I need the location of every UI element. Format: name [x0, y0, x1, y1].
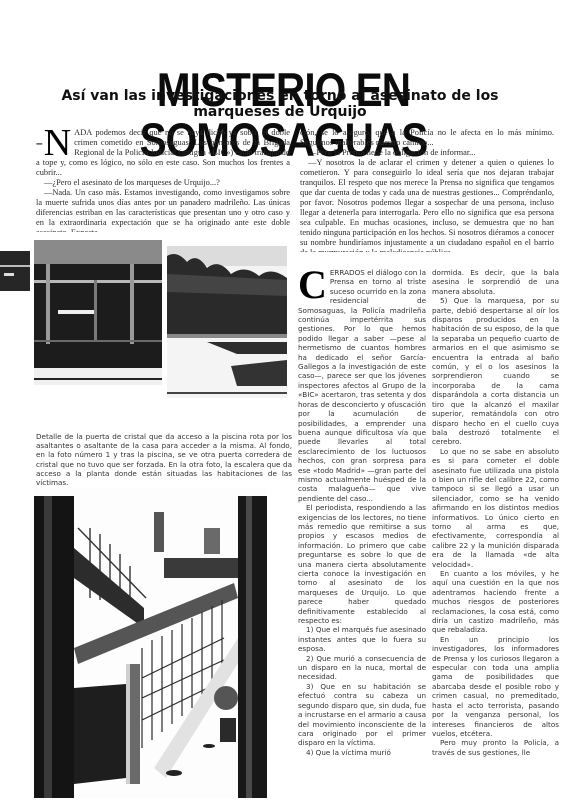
lede-dropcap: N — [44, 128, 71, 158]
photo-fragment-left — [0, 243, 30, 298]
lede-dash: – — [36, 128, 43, 158]
body-paragraph: 3) Que en su habitación se efectuó contr… — [298, 682, 426, 748]
lede-paragraph: —Nada. Un caso más. Estamos investigando… — [36, 188, 290, 232]
photo-glass-door — [34, 240, 162, 385]
lede-paragraph: —Y nosotros la de aclarar el crimen y de… — [300, 158, 554, 252]
lede-paragraph: —Pero la Prensa tiene la obligación de i… — [300, 148, 554, 158]
lede-paragraph: —¿Pero el asesinato de los marqueses de … — [36, 178, 290, 188]
body-paragraph: 2) Que murió a consecuencia de un dispar… — [298, 654, 426, 682]
lede-paragraph: ADA podemos decir que no se haya dicho y… — [36, 128, 290, 178]
body-paragraph: 1) Que el marqués fue asesinado instante… — [298, 625, 426, 653]
body-paragraph: Pero muy pronto la Policía, a través de … — [432, 738, 559, 757]
body-paragraph: dormida. Es decir, que la bala asesina l… — [432, 268, 559, 296]
lede-column-left: – N ADA podemos decir que no se haya dic… — [36, 128, 290, 232]
photo-garden-pool — [167, 246, 287, 398]
body-column-2: dormida. Es decir, que la bala asesina l… — [432, 268, 559, 798]
body-paragraph: 4) Que la víctima murió — [298, 748, 426, 757]
photo-staircase — [34, 488, 267, 798]
caption-text: Detalle de la puerta de cristal que da a… — [36, 432, 292, 487]
body-paragraph: En un principio los investigadores, los … — [432, 635, 559, 738]
lede-column-right: ción, se lo aseguro, que a la Policía no… — [300, 128, 554, 252]
body-paragraph: 5) Que la marquesa, por su parte, debió … — [432, 296, 559, 447]
body-paragraph: El periodista, respondiendo a las exigen… — [298, 503, 426, 625]
photo-caption: Detalle de la puerta de cristal que da a… — [36, 432, 292, 487]
subheadline: Así van las investigaciones en torno al … — [60, 88, 500, 120]
section-dropcap: C — [298, 269, 327, 301]
body-paragraph: En cuanto a los móviles, y he aquí una c… — [432, 569, 559, 635]
lede-paragraph: ción, se lo aseguro, que a la Policía no… — [300, 128, 554, 148]
body-column-1: C ERRADOS el diálogo con la Prensa en to… — [298, 268, 426, 798]
body-paragraph: Lo que no se sabe en absoluto es si para… — [432, 447, 559, 569]
